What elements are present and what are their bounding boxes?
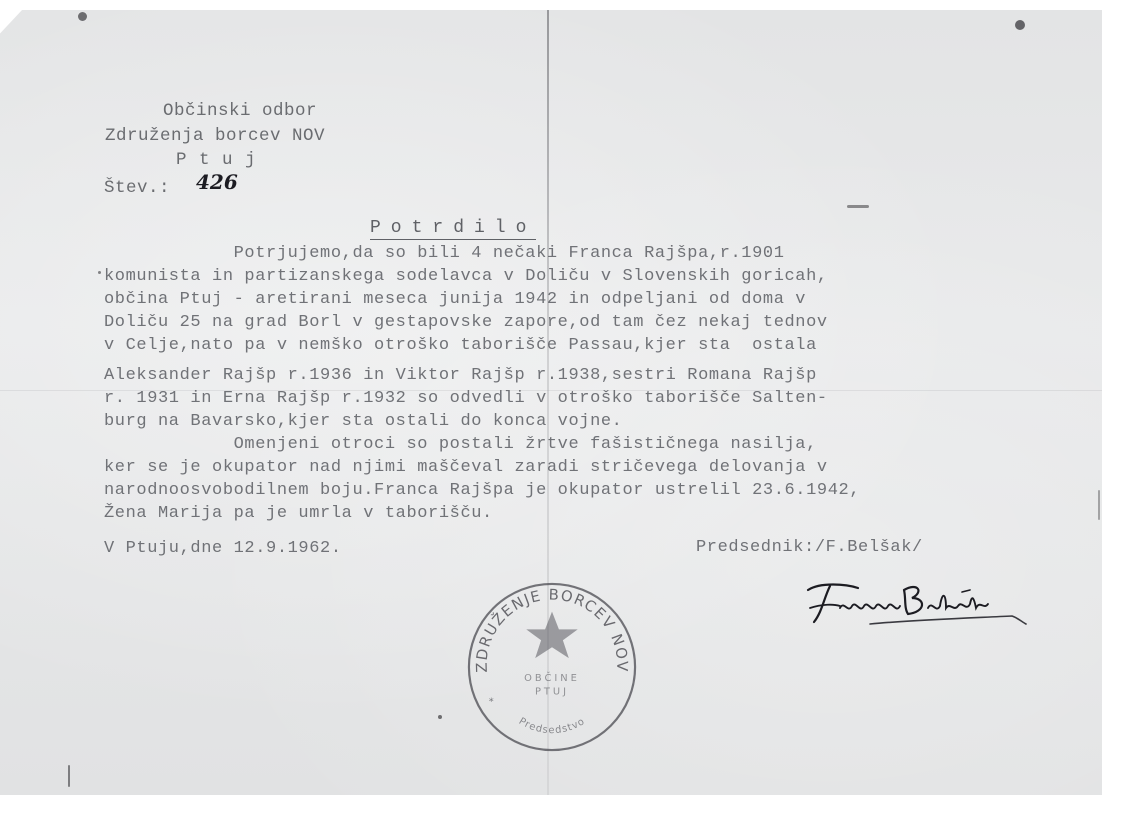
body-line: ker se je okupator nad njimi maščeval za… — [104, 458, 828, 477]
body-line: Žena Marija pa je umrla v taborišču. — [104, 504, 493, 523]
reference-number-handwritten: 426 — [196, 170, 238, 194]
ink-speck — [68, 765, 70, 787]
letterhead-association: Združenja borcev NOV — [105, 128, 325, 146]
svg-text:Predsedstvo: Predsedstvo — [517, 716, 588, 736]
body-line: Omenjeni otroci so postali žrtve fašisti… — [104, 435, 817, 454]
place-date: V Ptuju,dne 12.9.1962. — [104, 539, 342, 558]
letterhead-committee: Občinski odbor — [163, 103, 317, 121]
signatory-label: Predsednik:/F.Belšak/ — [696, 538, 923, 557]
stamp-center-line1: OBČINE — [524, 671, 580, 684]
body-line: narodnoosvobodilnem boju.Franca Rajšpa j… — [104, 481, 860, 500]
ink-speck — [78, 12, 87, 21]
body-line: burg na Bavarsko,kjer sta ostali do konc… — [104, 412, 622, 431]
body-line: Aleksander Rajšp r.1936 in Viktor Rajšp … — [104, 366, 817, 385]
reference-label: Štev.: — [104, 180, 170, 198]
body-line: r. 1931 in Erna Rajšp r.1932 so odvedli … — [104, 389, 828, 408]
stamp-center-line2: PTUJ — [535, 687, 569, 698]
handwritten-signature: Franc Belšak — [800, 578, 1030, 628]
document-title: Potrdilo — [370, 218, 536, 240]
body-line: v Celje,nato pa v nemško otroško taboriš… — [104, 336, 817, 355]
official-stamp: ZDRUŽENJE BORCEV NOV Predsedstvo OBČINE … — [463, 578, 641, 756]
letterhead-city: P t u j — [176, 152, 257, 170]
star-emblem-icon — [526, 612, 577, 658]
stamp-star-icon: * — [489, 697, 494, 708]
body-line: komunista in partizanskega sodelavca v D… — [104, 267, 828, 286]
body-line: občina Ptuj - aretirani meseca junija 19… — [104, 290, 806, 309]
ink-speck — [98, 271, 101, 274]
ink-speck — [1015, 20, 1025, 30]
body-line: Potrjujemo,da so bili 4 nečaki Franca Ra… — [104, 244, 785, 263]
ink-speck — [438, 715, 442, 719]
ink-speck — [1098, 490, 1100, 520]
stamp-bottom-text: Predsedstvo — [517, 716, 588, 736]
body-line: Doliču 25 na grad Borl v gestapovske zap… — [104, 313, 828, 332]
ink-speck — [847, 205, 869, 208]
scanned-document-page: Občinski odbor Združenja borcev NOV P t … — [0, 10, 1102, 795]
